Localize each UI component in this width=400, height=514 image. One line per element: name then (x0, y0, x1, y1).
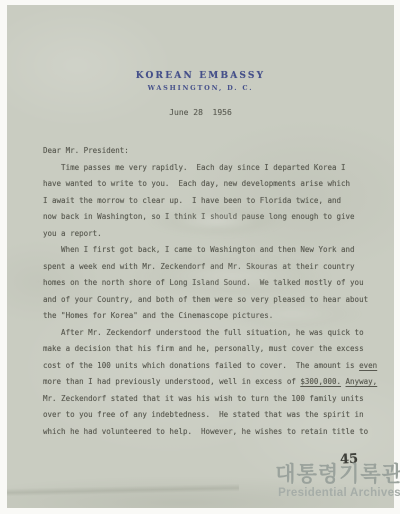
letter-line: have wanted to write to you. Each day, n… (43, 176, 383, 193)
letter-line: over to you free of any indebtedness. He… (43, 407, 383, 424)
letter-line: homes on the north shore of Long Island … (43, 275, 383, 292)
letter-paper: KOREAN EMBASSY WASHINGTON, D. C. June 28… (7, 5, 394, 508)
letter-line: I await the morrow to clear up. I have b… (43, 193, 383, 210)
letter-line: spent a week end with Mr. Zeckendorf and… (43, 259, 383, 276)
letter-line: Time passes me very rapidly. Each day si… (43, 160, 383, 177)
letterhead-city: WASHINGTON, D. C. (7, 84, 394, 92)
paper-crease (7, 484, 239, 497)
body-lines: Time passes me very rapidly. Each day si… (43, 160, 383, 441)
letter-line: and of your Country, and both of them we… (43, 292, 383, 309)
letter-line: now back in Washington, so I think I sho… (43, 209, 383, 226)
letter-body: Dear Mr. President: Time passes me very … (43, 143, 383, 440)
letter-line: more than I had previously understood, w… (43, 374, 383, 391)
letter-line: When I first got back, I came to Washing… (43, 242, 383, 259)
letter-date: June 28 1956 (7, 108, 394, 117)
page-number: 45 (340, 452, 359, 468)
scanned-letter-page: KOREAN EMBASSY WASHINGTON, D. C. June 28… (0, 0, 400, 514)
letter-line: the "Homes for Korea" and the Cinemascop… (43, 308, 383, 325)
letterhead: KOREAN EMBASSY WASHINGTON, D. C. (7, 71, 394, 92)
letter-line: which he had volunteered to help. Howeve… (43, 424, 383, 441)
letter-line: cost of the 100 units which donations fa… (43, 358, 383, 375)
letterhead-org: KOREAN EMBASSY (7, 71, 394, 81)
salutation: Dear Mr. President: (43, 143, 383, 160)
letter-line: make a decision that his firm and he, pe… (43, 341, 383, 358)
letter-line: you a report. (43, 226, 383, 243)
letter-line: After Mr. Zeckendorf understood the full… (43, 325, 383, 342)
letter-line: Mr. Zeckendorf stated that it was his wi… (43, 391, 383, 408)
